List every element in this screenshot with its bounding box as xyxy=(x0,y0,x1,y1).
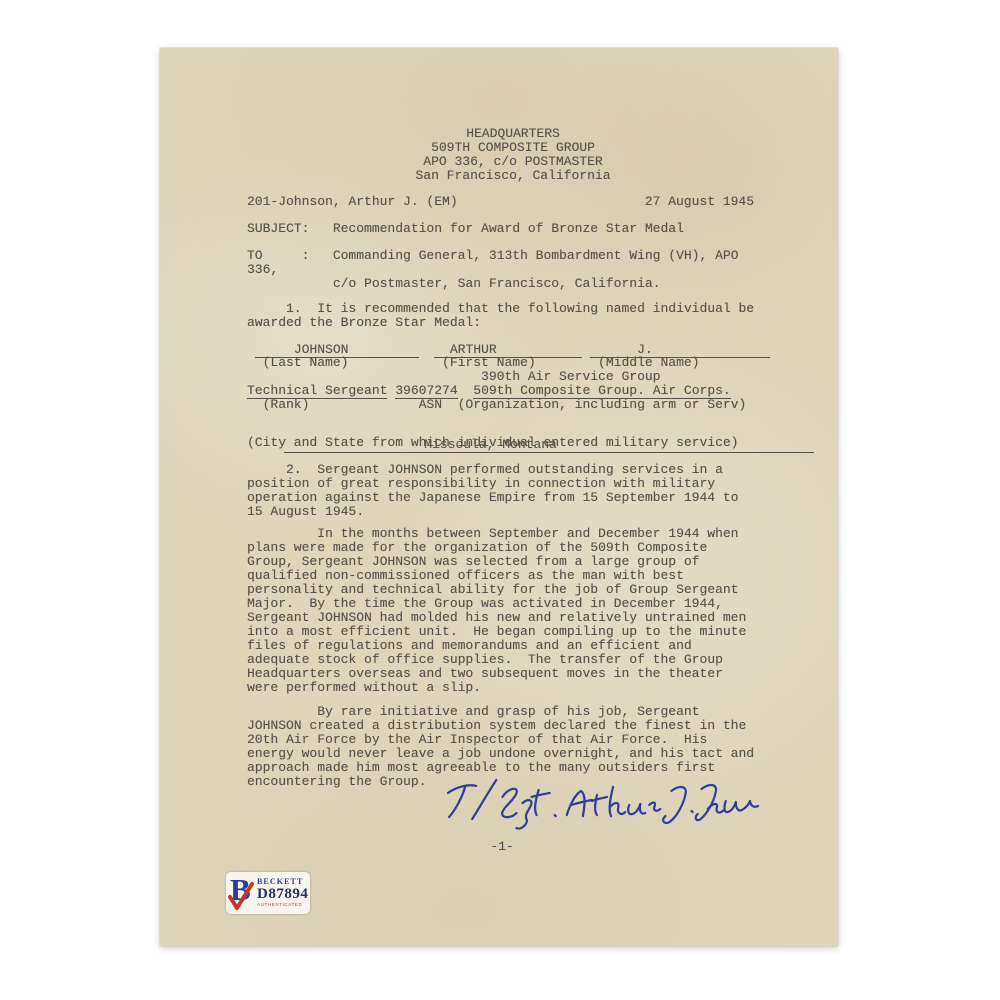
subject-line: SUBJECT: Recommendation for Award of Bro… xyxy=(247,222,684,236)
signature-stroke xyxy=(516,800,531,828)
paragraph-3: In the months between September and Dece… xyxy=(247,527,746,695)
memo-document: HEADQUARTERS 509TH COMPOSITE GROUP APO 3… xyxy=(160,48,838,946)
signature-stroke xyxy=(502,789,517,817)
paragraph-1: 1. It is recommended that the following … xyxy=(247,302,754,330)
signature-stroke xyxy=(448,785,476,817)
reference-line: 201-Johnson, Arthur J. (EM) 27 August 19… xyxy=(247,195,754,209)
memo-date: 27 August 1945 xyxy=(645,195,754,209)
beckett-authentication-sticker: B BECKETT D87894 AUTHENTICATED xyxy=(226,872,310,914)
award-form: JOHNSON ARTHUR J. (Last Name) (First Nam… xyxy=(247,343,770,412)
signature-stroke xyxy=(567,791,592,816)
beckett-brand: BECKETT xyxy=(257,878,303,886)
beckett-logo: B xyxy=(229,875,255,911)
service-entry-caption: (City and State from which individual en… xyxy=(247,436,738,450)
signature-stroke xyxy=(610,787,626,816)
file-reference: 201-Johnson, Arthur J. (EM) xyxy=(247,195,458,209)
signature-stroke xyxy=(649,803,660,811)
page-number: -1- xyxy=(247,840,757,854)
signature-stroke xyxy=(724,801,758,812)
handwritten-signature xyxy=(438,774,760,834)
beckett-status: AUTHENTICATED xyxy=(257,903,302,908)
beckett-serial-number: D87894 xyxy=(257,887,308,902)
signature-stroke xyxy=(532,790,556,816)
signature-stroke xyxy=(592,795,607,815)
paragraph-2: 2. Sergeant JOHNSON performed outstandin… xyxy=(247,463,738,519)
screenshot-background: HEADQUARTERS 509TH COMPOSITE GROUP APO 3… xyxy=(0,0,1000,1000)
memo-header: HEADQUARTERS 509TH COMPOSITE GROUP APO 3… xyxy=(247,127,779,183)
signature-stroke xyxy=(663,787,692,823)
beckett-check-icon xyxy=(227,881,257,913)
beckett-text-block: BECKETT D87894 AUTHENTICATED xyxy=(255,878,308,908)
signature-stroke xyxy=(628,804,645,814)
to-block: TO : Commanding General, 313th Bombardme… xyxy=(247,249,738,291)
signature-stroke xyxy=(696,785,716,820)
